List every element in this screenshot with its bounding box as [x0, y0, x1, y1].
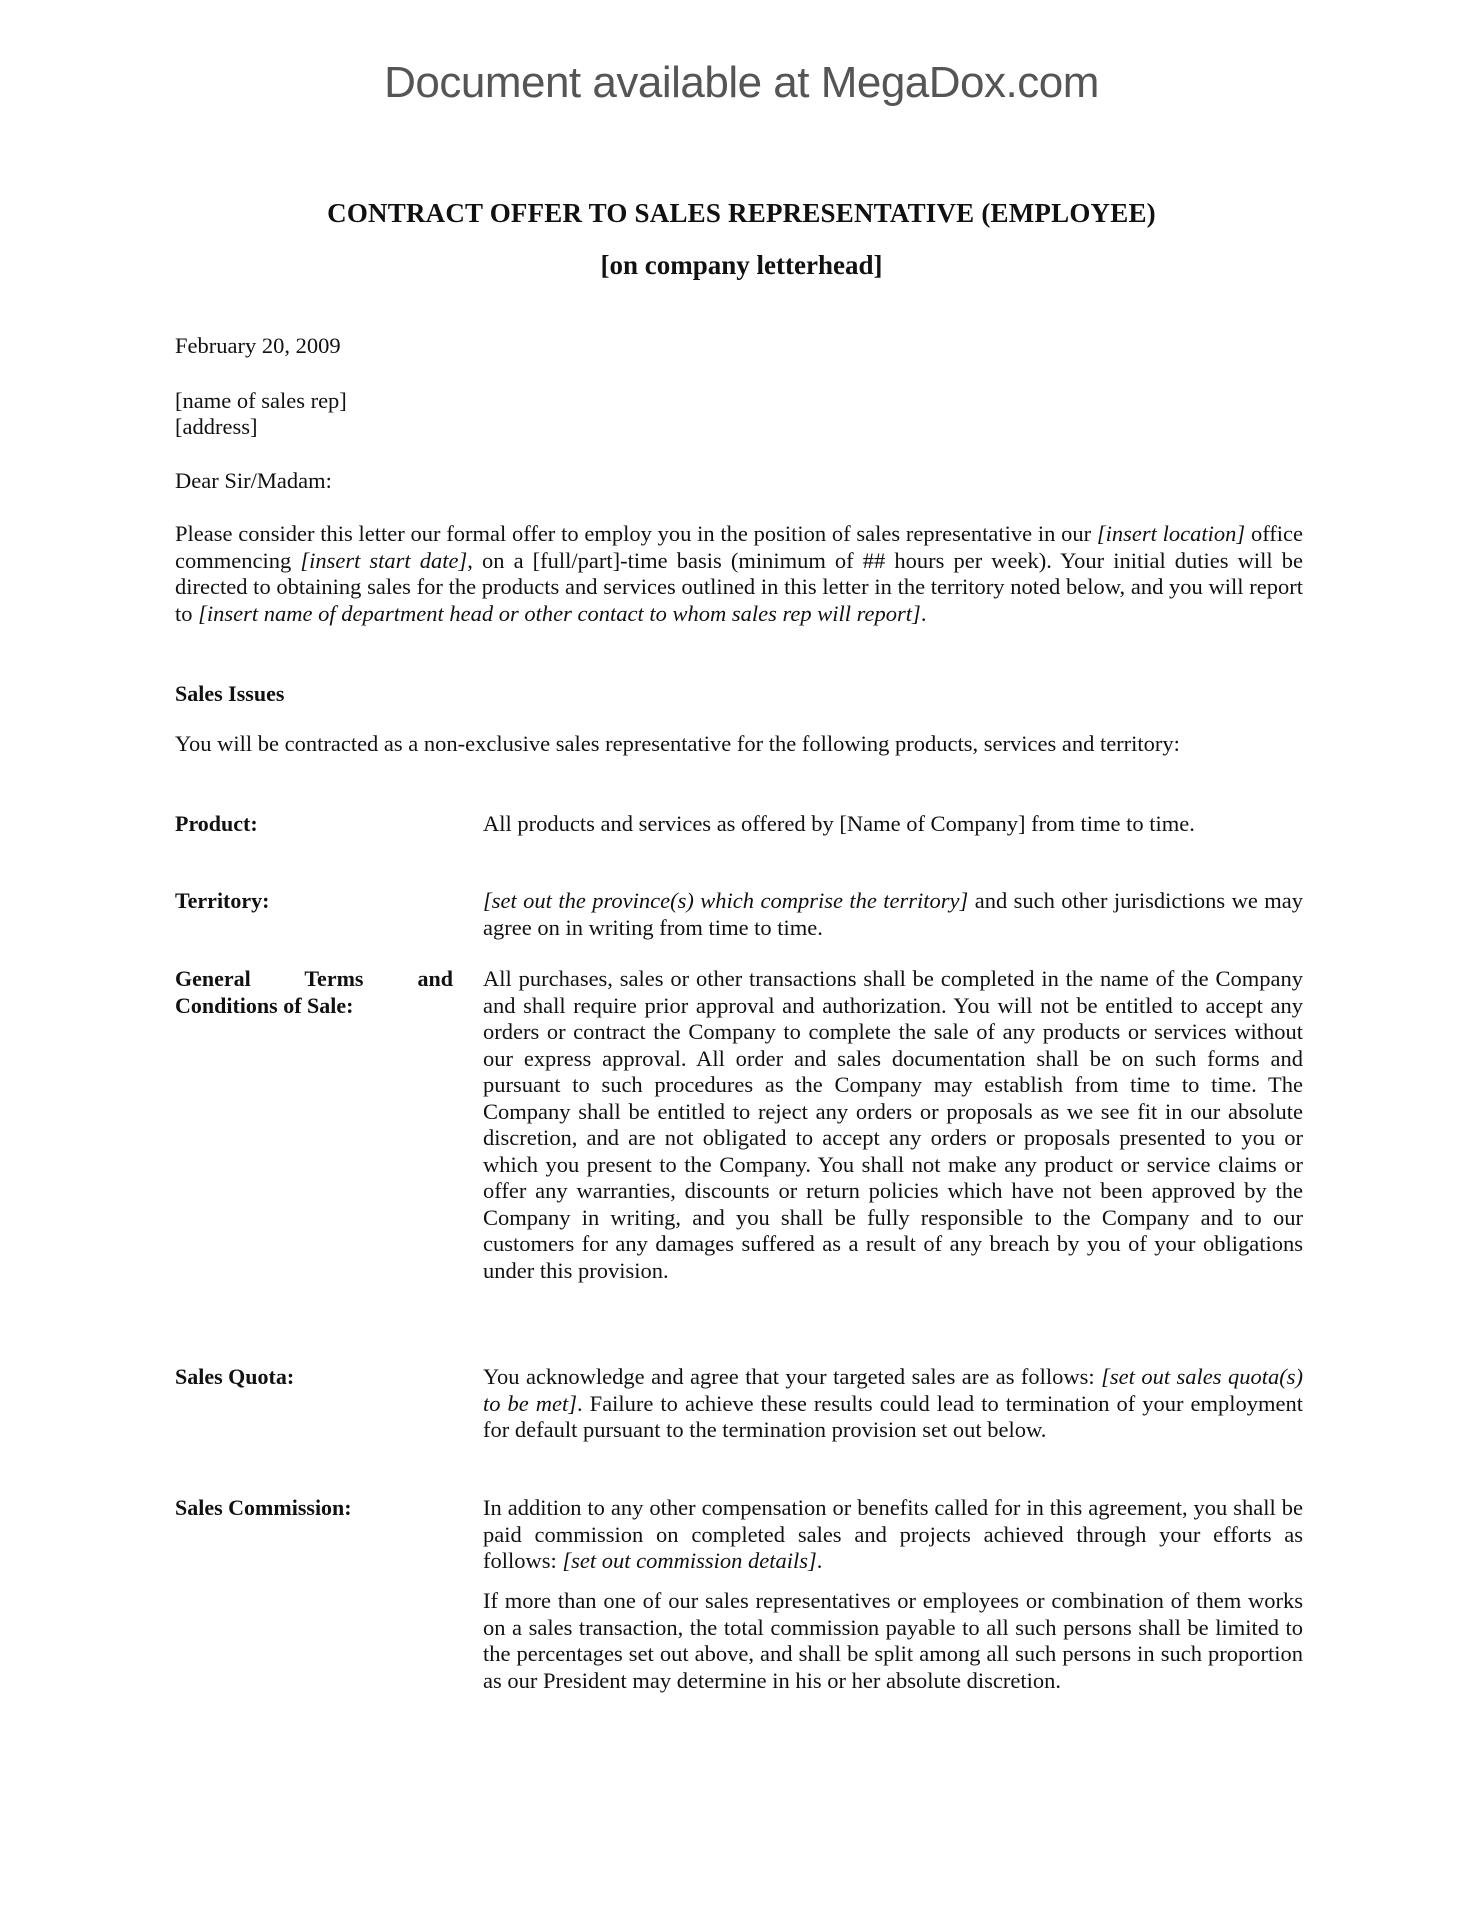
term-text-product: All products and services as offered by … [483, 811, 1303, 838]
term-text-sales-quota: You acknowledge and agree that your targ… [483, 1364, 1303, 1444]
term-label-sales-commission: Sales Commission: [175, 1495, 453, 1522]
term-label-territory: Territory: [175, 888, 453, 915]
intro-paragraph: Please consider this letter our formal o… [175, 521, 1303, 627]
section-intro: You will be contracted as a non-exclusiv… [175, 731, 1303, 758]
term-text-sales-commission-split: If more than one of our sales representa… [483, 1588, 1303, 1694]
term-label-product: Product: [175, 811, 453, 838]
document-title: CONTRACT OFFER TO SALES REPRESENTATIVE (… [0, 198, 1483, 229]
salutation: Dear Sir/Madam: [175, 468, 1303, 495]
document-subtitle: [on company letterhead] [0, 250, 1483, 281]
term-text-sales-commission: In addition to any other compensation or… [483, 1495, 1303, 1575]
term-label-general: General Terms and Conditions of Sale: [175, 966, 453, 1019]
term-label-sales-quota: Sales Quota: [175, 1364, 453, 1391]
term-text-general: All purchases, sales or other transactio… [483, 966, 1303, 1284]
watermark-banner: Document available at MegaDox.com [0, 58, 1483, 108]
letter-date: February 20, 2009 [175, 333, 1303, 360]
term-text-territory: [set out the province(s) which comprise … [483, 888, 1303, 941]
section-heading: Sales Issues [175, 681, 1303, 708]
recipient-name: [name of sales rep] [175, 388, 1303, 415]
recipient-address: [address] [175, 414, 1303, 441]
